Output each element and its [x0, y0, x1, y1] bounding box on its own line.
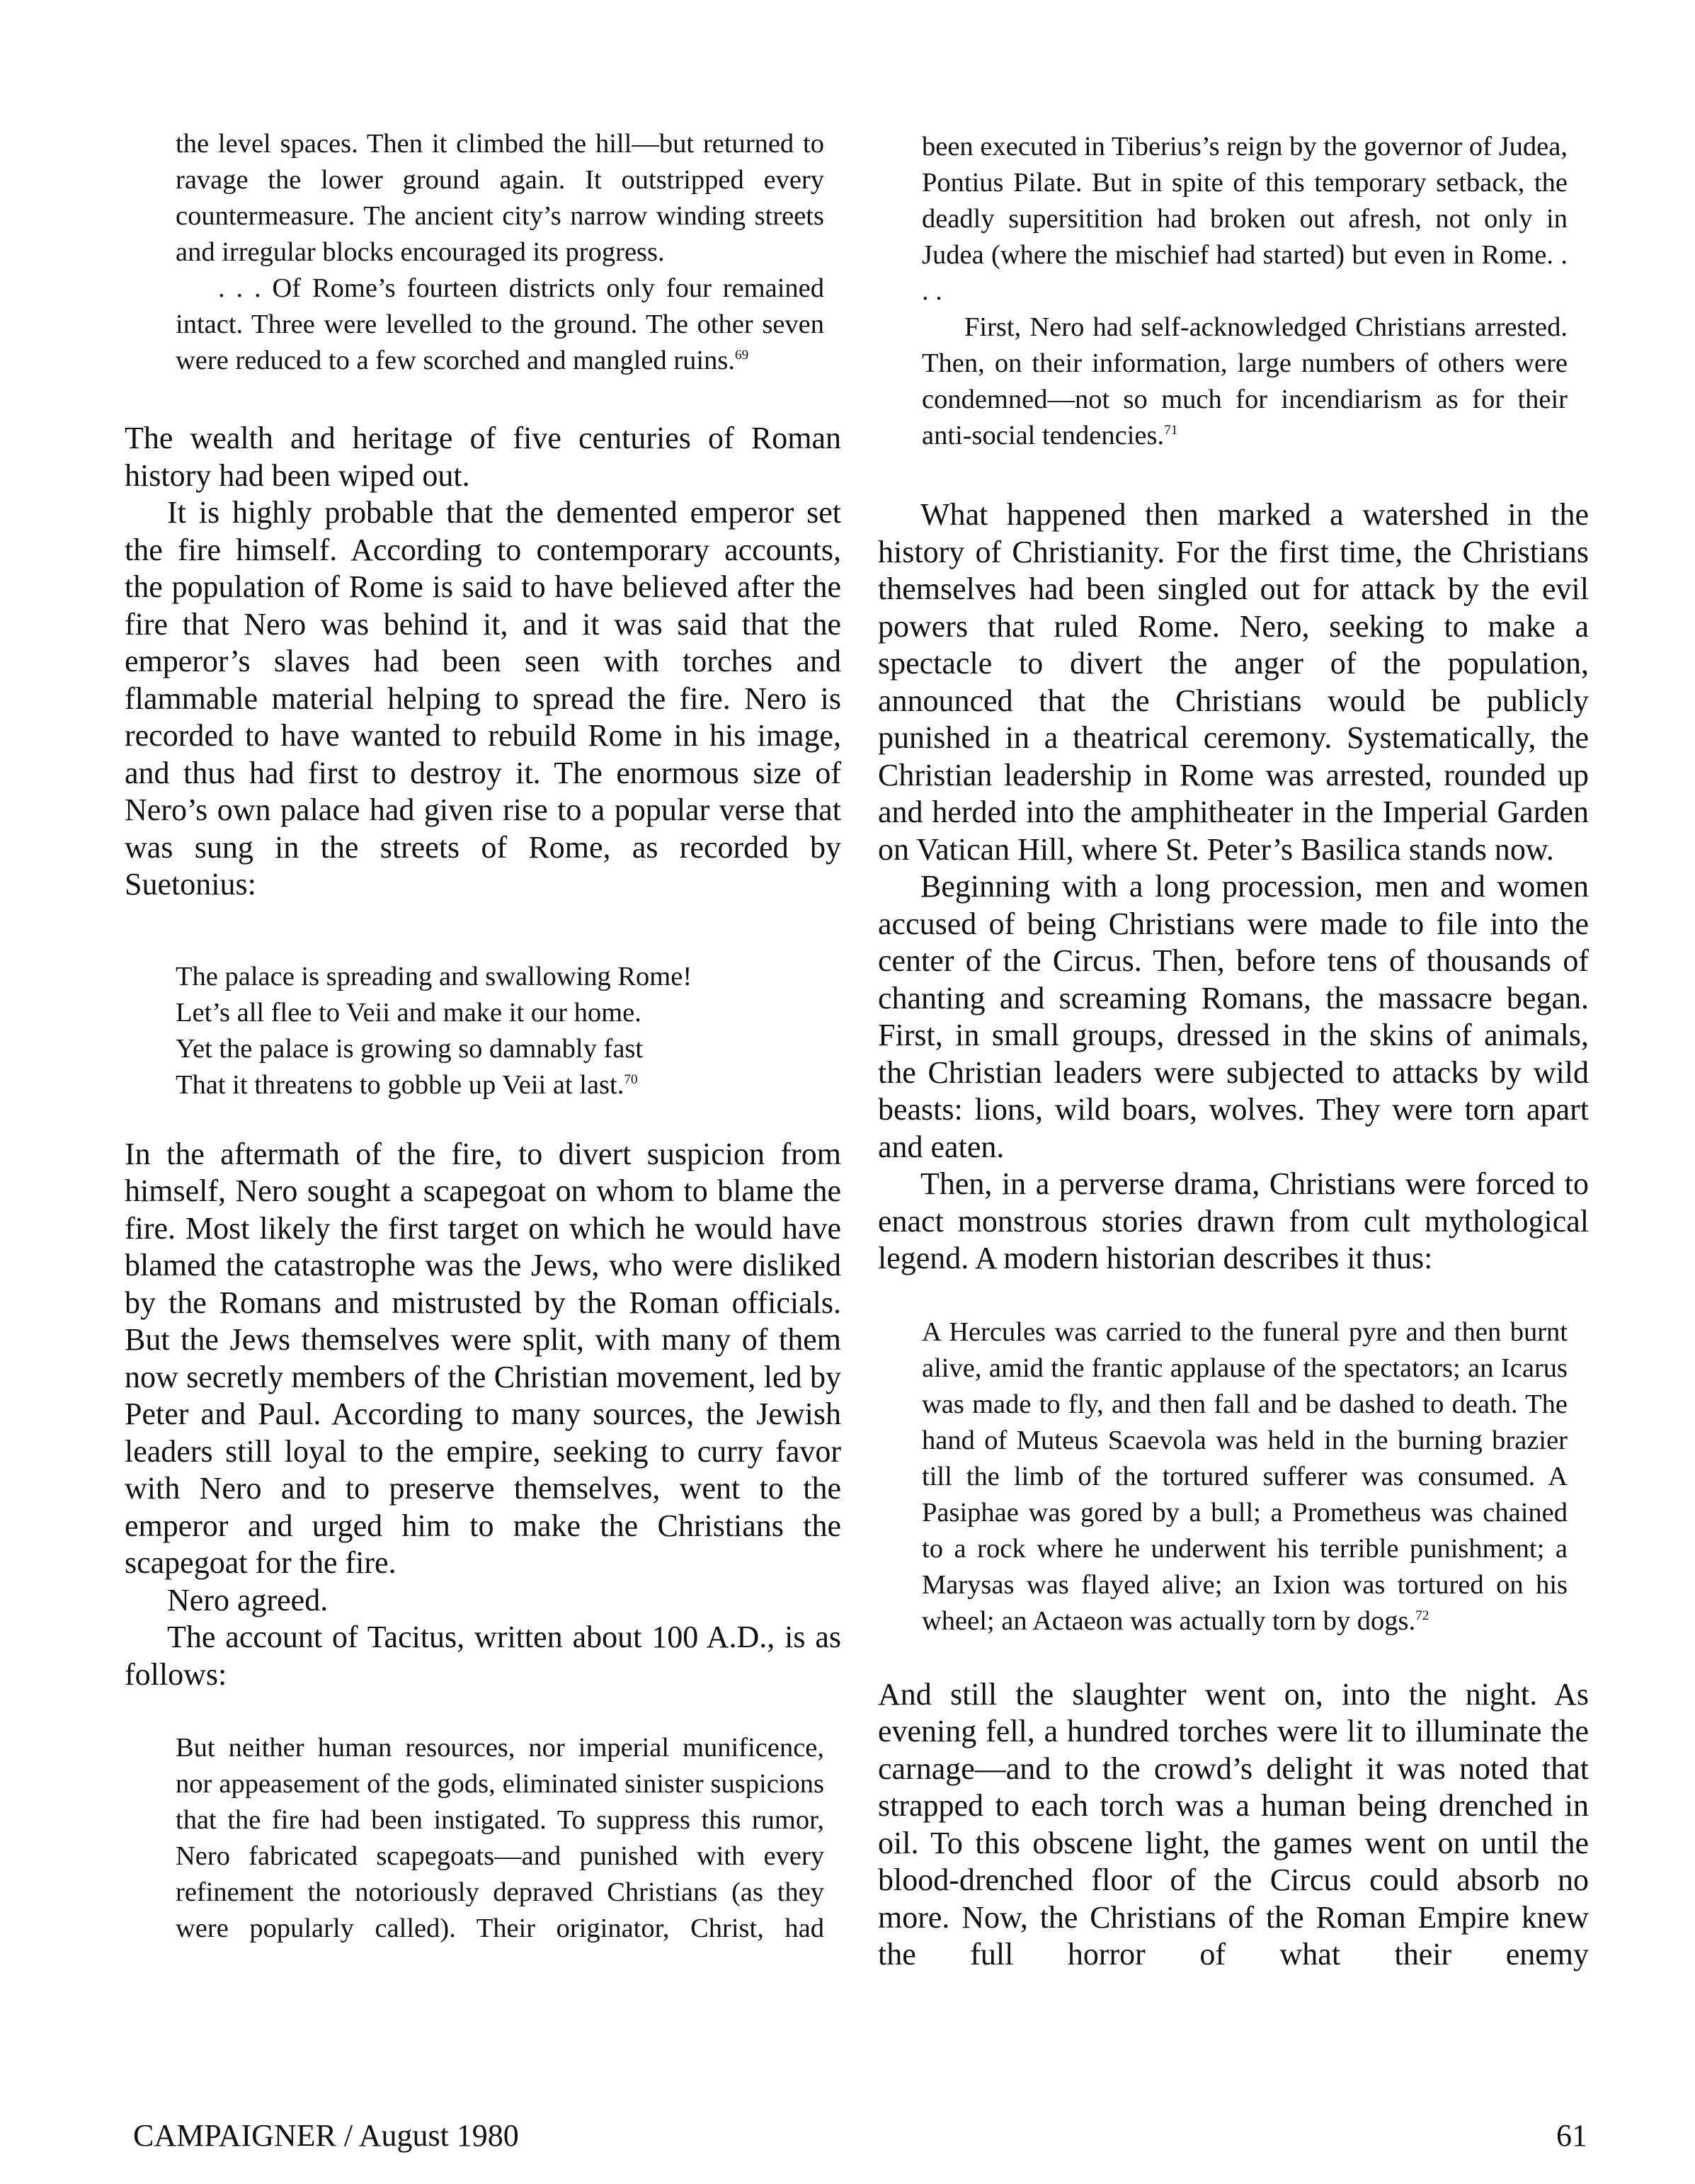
- body-text-section: And still the slaughter went on, into th…: [878, 1676, 1589, 1974]
- body-paragraph: And still the slaughter went on, into th…: [878, 1676, 1589, 1974]
- block-quote-fire-account: the level spaces. Then it climbed the hi…: [176, 126, 824, 379]
- quote-text: . . . Of Rome’s fourteen districts only …: [176, 273, 824, 375]
- block-quote-modern-historian: A Hercules was carried to the funeral py…: [922, 1314, 1568, 1639]
- right-column: been executed in Tiberius’s reign by the…: [878, 129, 1589, 1974]
- body-paragraph: Beginning with a long procession, men an…: [878, 868, 1589, 1166]
- verse-line: That it threatens to gobble up Veii at l…: [176, 1067, 841, 1103]
- body-paragraph: Nero agreed.: [125, 1582, 841, 1620]
- quote-text: the level spaces. Then it climbed the hi…: [176, 129, 824, 267]
- footnote-ref: 72: [1415, 1608, 1429, 1623]
- quote-text: A Hercules was carried to the funeral py…: [922, 1317, 1568, 1636]
- footnote-ref: 69: [735, 348, 748, 363]
- body-paragraph: In the aftermath of the fire, to divert …: [125, 1136, 841, 1582]
- verse-line: The palace is spreading and swallowing R…: [176, 959, 841, 995]
- body-paragraph: What happened then marked a watershed in…: [878, 496, 1589, 868]
- body-text-section: In the aftermath of the fire, to divert …: [125, 1136, 841, 1694]
- body-text-section: What happened then marked a watershed in…: [878, 496, 1589, 1278]
- quote-paragraph: A Hercules was carried to the funeral py…: [922, 1314, 1568, 1639]
- body-text-section: The wealth and heritage of five centurie…: [125, 420, 841, 904]
- body-paragraph: It is highly probable that the demented …: [125, 494, 841, 904]
- body-paragraph: The account of Tacitus, written about 10…: [125, 1619, 841, 1693]
- verse-line: Yet the palace is growing so damnably fa…: [176, 1031, 841, 1067]
- footnote-ref: 70: [624, 1072, 637, 1087]
- left-column: the level spaces. Then it climbed the hi…: [125, 126, 841, 1947]
- quote-paragraph: the level spaces. Then it climbed the hi…: [176, 126, 824, 271]
- body-paragraph: Then, in a perverse drama, Christians we…: [878, 1166, 1589, 1278]
- block-quote-tacitus-continued: been executed in Tiberius’s reign by the…: [922, 129, 1568, 454]
- magazine-page: the level spaces. Then it climbed the hi…: [0, 0, 1695, 2184]
- quote-paragraph: First, Nero had self-acknowledged Christ…: [922, 309, 1568, 454]
- verse-text: That it threatens to gobble up Veii at l…: [176, 1070, 624, 1100]
- page-number: 61: [1556, 2117, 1587, 2154]
- verse-line: Let’s all flee to Veii and make it our h…: [176, 995, 841, 1031]
- quote-paragraph: . . . Of Rome’s fourteen districts only …: [176, 271, 824, 379]
- quote-paragraph: been executed in Tiberius’s reign by the…: [922, 129, 1568, 309]
- block-quote-tacitus: But neither human resources, nor imperia…: [176, 1730, 824, 1947]
- publication-footer: CAMPAIGNER / August 1980: [133, 2117, 519, 2154]
- body-paragraph: The wealth and heritage of five centurie…: [125, 420, 841, 494]
- quote-text: First, Nero had self-acknowledged Christ…: [922, 312, 1568, 450]
- footnote-ref: 71: [1164, 423, 1177, 438]
- verse-quote: The palace is spreading and swallowing R…: [176, 959, 841, 1103]
- quote-paragraph: But neither human resources, nor imperia…: [176, 1730, 824, 1947]
